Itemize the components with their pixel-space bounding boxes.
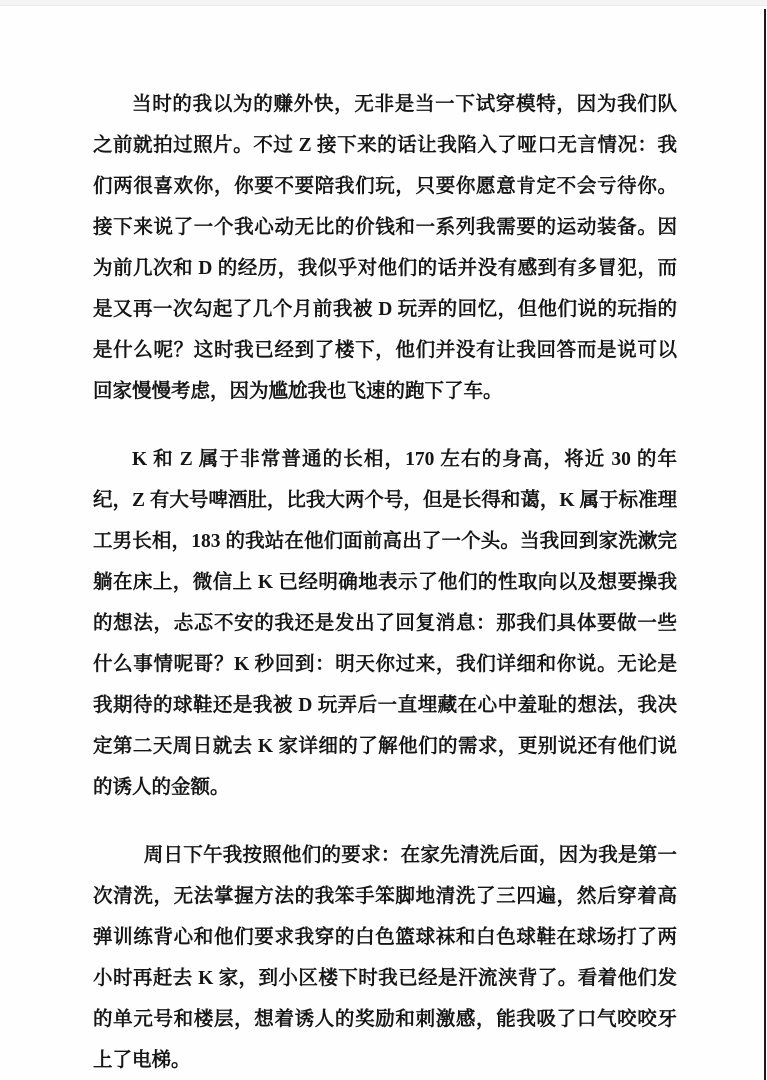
scan-edge-line: [764, 9, 766, 1080]
document-page: 当时的我以为的赚外快，无非是当一下试穿模特，因为我们队之前就拍过照片。不过 Z …: [0, 0, 767, 1080]
page-top-edge: [0, 0, 767, 6]
document-text-body: 当时的我以为的赚外快，无非是当一下试穿模特，因为我们队之前就拍过照片。不过 Z …: [93, 84, 677, 1080]
paragraph-2: K 和 Z 属于非常普通的长相，170 左右的身高，将近 30 的年纪，Z 有大…: [93, 439, 677, 808]
paragraph-3: 周日下午我按照他们的要求：在家先清洗后面，因为我是第一次清洗，无法掌握方法的我笨…: [93, 835, 677, 1080]
paragraph-1: 当时的我以为的赚外快，无非是当一下试穿模特，因为我们队之前就拍过照片。不过 Z …: [93, 84, 677, 412]
